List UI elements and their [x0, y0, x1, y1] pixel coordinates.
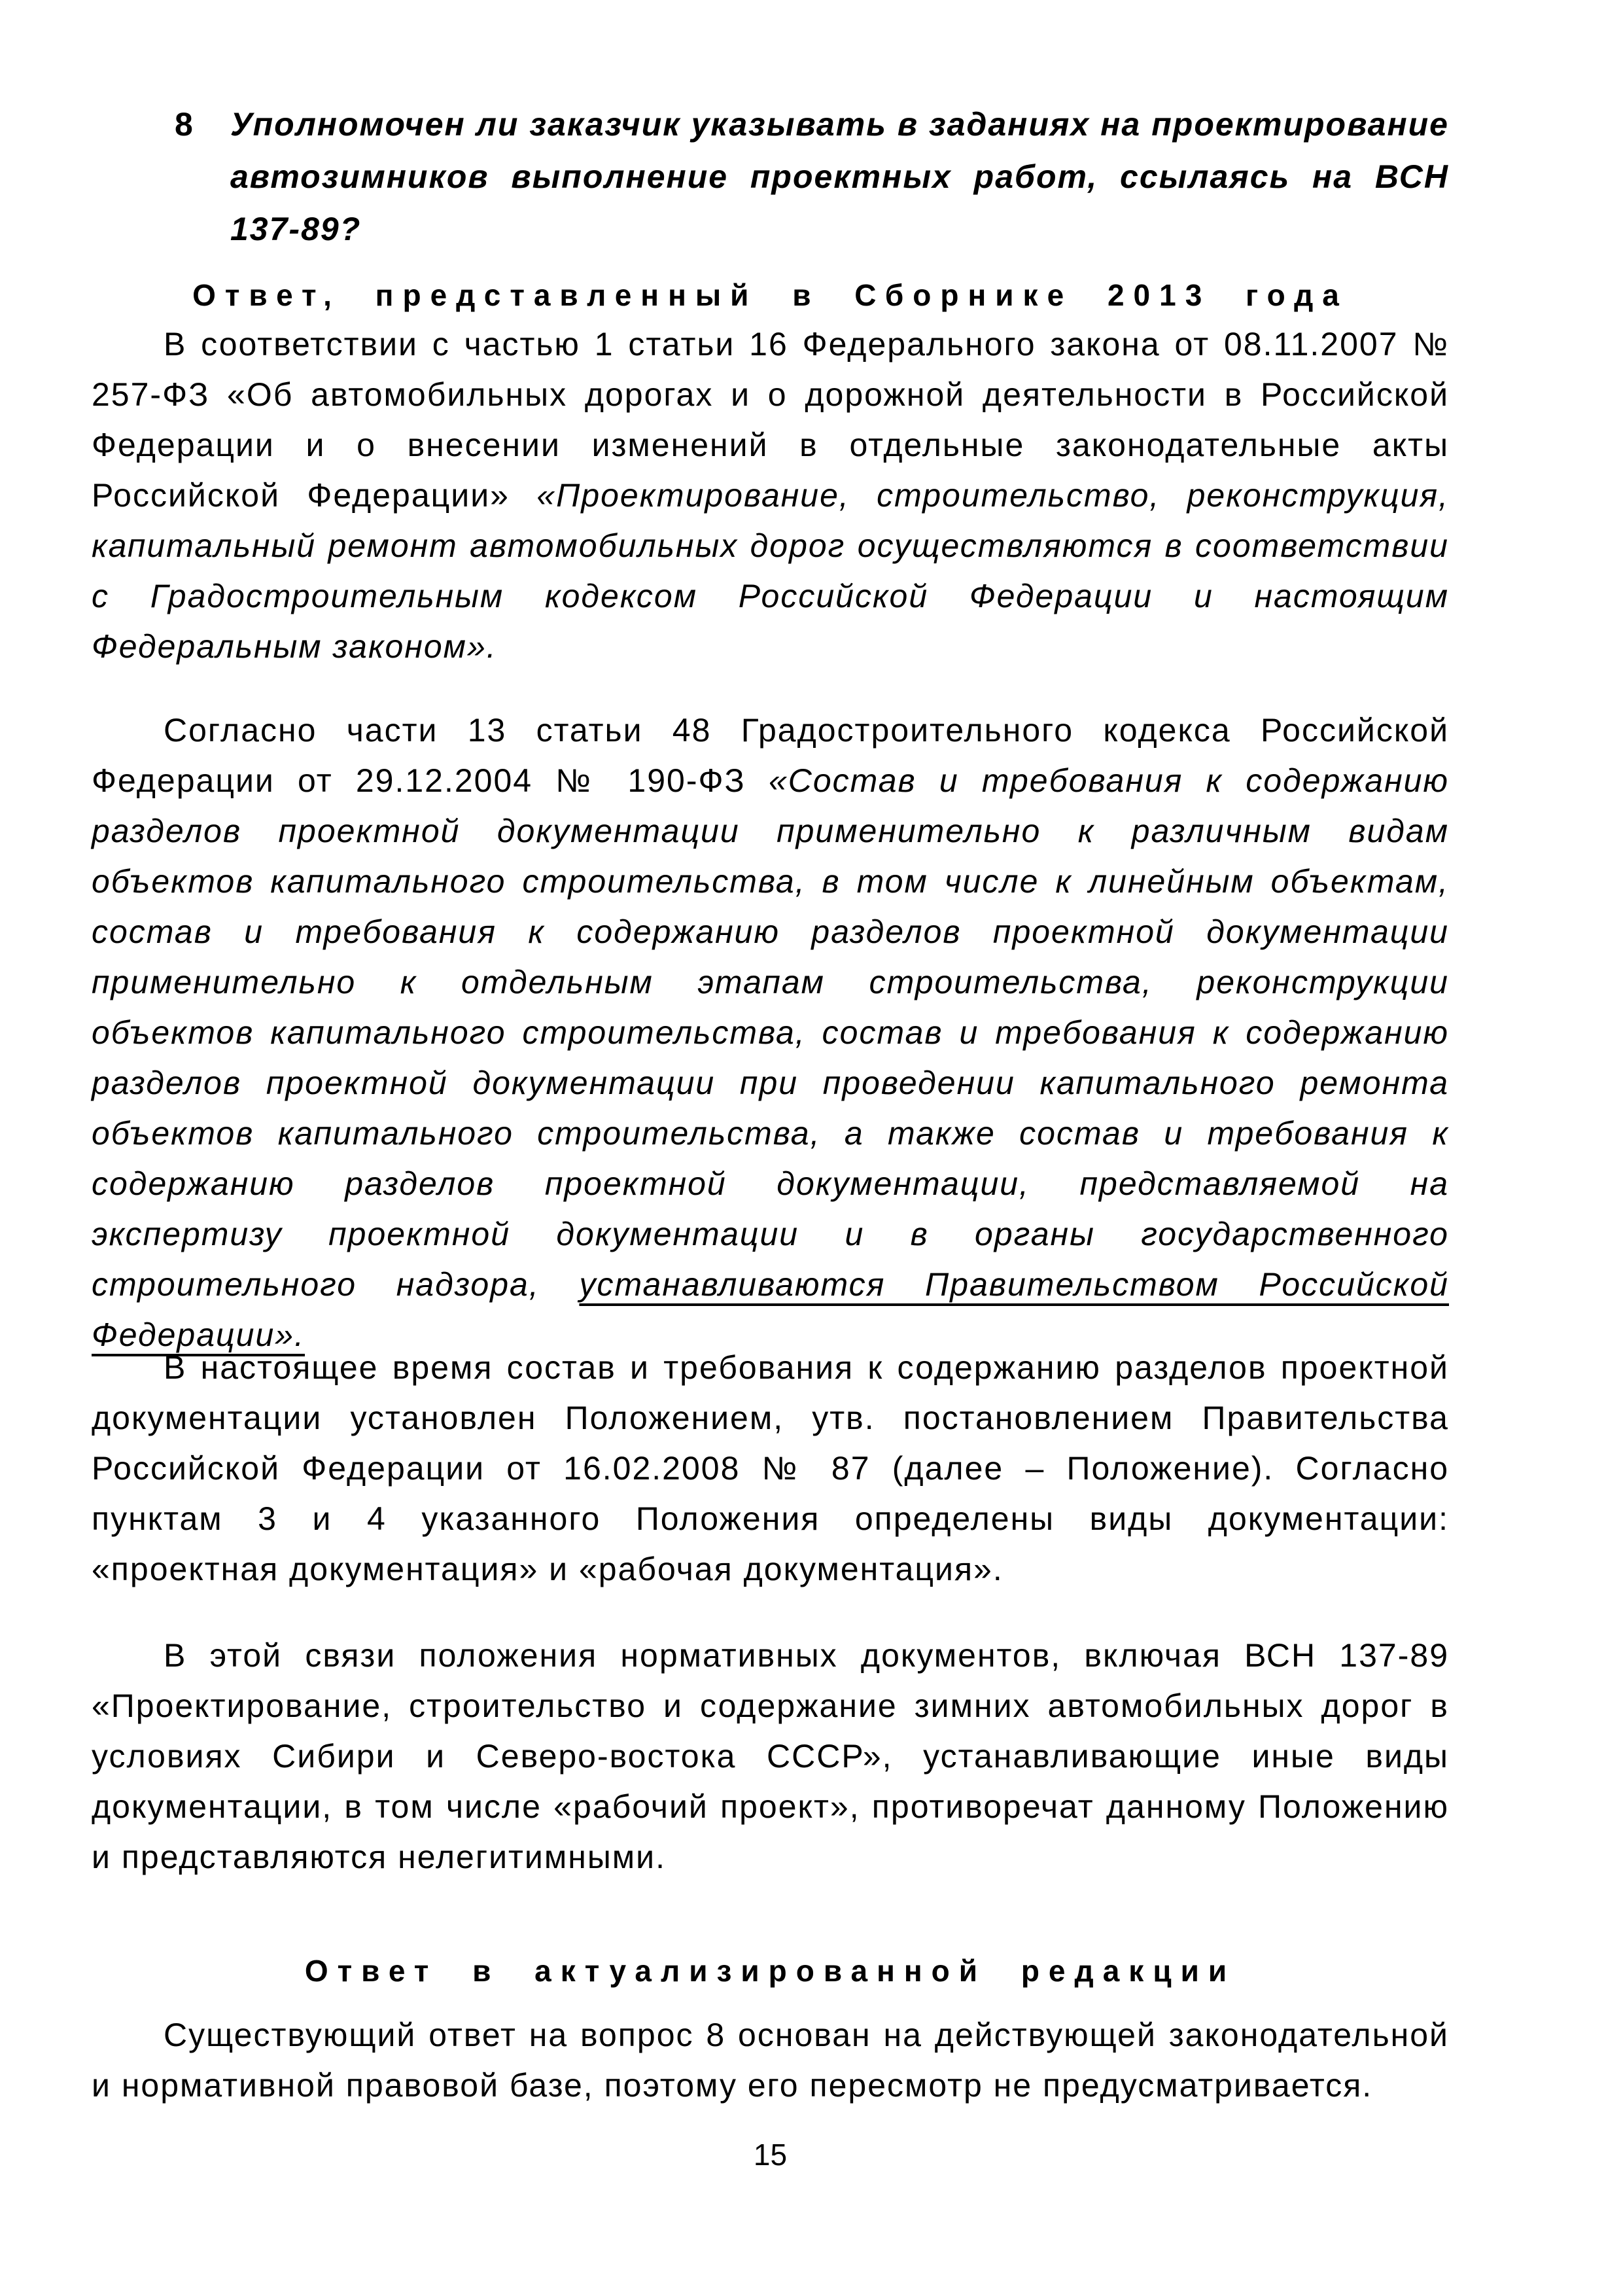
- section-title-answer-updated: Ответ в актуализированной редакции: [92, 1953, 1449, 1988]
- paragraph-2-quoted-law-text: «Состав и требования к содержанию раздел…: [92, 762, 1449, 1303]
- paragraph-1: В соответствии с частью 1 статьи 16 Феде…: [92, 319, 1449, 672]
- question-title: Уполномочен ли заказчик указывать в зада…: [230, 98, 1449, 255]
- paragraph-2: Согласно части 13 статьи 48 Градостроите…: [92, 705, 1449, 1360]
- paragraph-5: Существующий ответ на вопрос 8 основан н…: [92, 2010, 1449, 2111]
- section-title-answer-2013: Ответ, представленный в Сборнике 2013 го…: [92, 277, 1449, 313]
- page-number: 15: [92, 2138, 1449, 2171]
- paragraph-4: В этой связи положения нормативных докум…: [92, 1631, 1449, 1882]
- question-number: 8: [175, 98, 193, 150]
- question-block: 8 Уполномочен ли заказчик указывать в за…: [92, 98, 1449, 255]
- document-page: 8 Уполномочен ли заказчик указывать в за…: [0, 0, 1623, 2296]
- paragraph-3: В настоящее время состав и требования к …: [92, 1343, 1449, 1595]
